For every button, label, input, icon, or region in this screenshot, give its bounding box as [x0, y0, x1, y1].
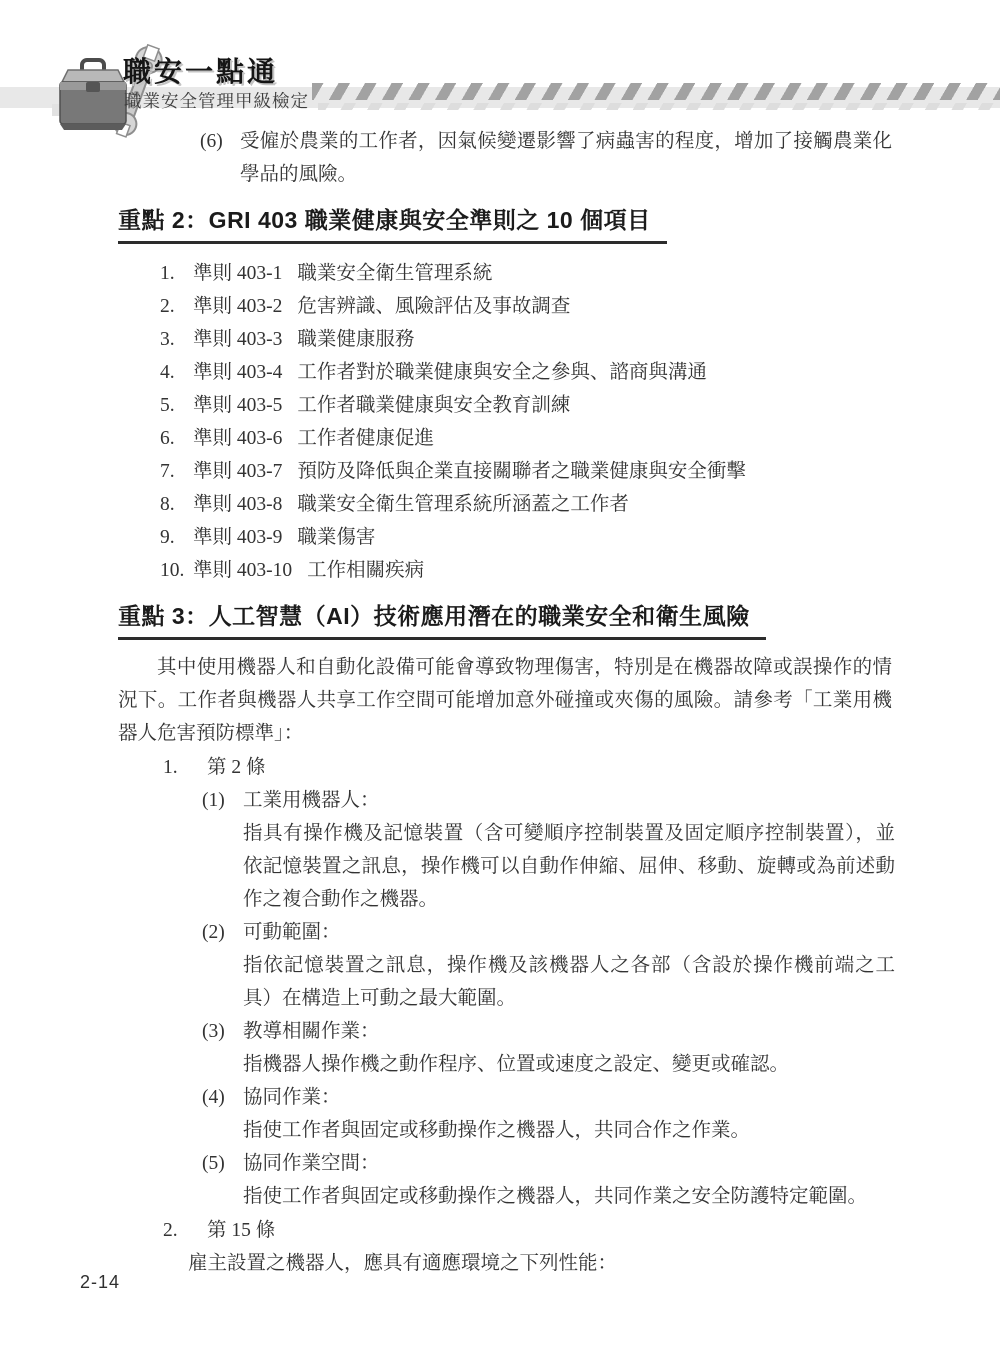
gri-item-desc: 職業安全衛生管理系統	[297, 257, 900, 290]
clause-1-label: (1) 工業用機器人：	[202, 784, 1000, 817]
gri-item-term: 準則 403-6	[193, 422, 282, 455]
gri-item-desc: 工作相關疾病	[307, 554, 900, 587]
clause-5-label: (5) 協同作業空間：	[202, 1147, 1000, 1180]
clause-2-label: (2) 可動範圍：	[202, 916, 1000, 949]
gri-item-desc: 職業傷害	[297, 521, 900, 554]
section-3-heading: 重點 3：人工智慧（AI）技術應用潛在的職業安全和衛生風險	[118, 602, 766, 640]
app-title: 職安一點通	[123, 50, 278, 90]
clause-term: 可動範圍：	[243, 916, 341, 949]
gri-item-row: 2. 準則 403-2 危害辨識、風險評估及事故調查	[160, 290, 900, 323]
gri-item-term: 準則 403-2	[193, 290, 282, 323]
gri-item-term: 準則 403-5	[193, 389, 282, 422]
item-6-text: 受僱於農業的工作者，因氣候變遷影響了病蟲害的程度，增加了接觸農業化學品的風險。	[240, 125, 892, 191]
gri-item-desc: 工作者對於職業健康與安全之參與、諮商與溝通	[297, 356, 900, 389]
gri-item-number: 8.	[160, 488, 193, 521]
diagonal-stripes-decoration	[312, 83, 1000, 111]
section-2-heading: 重點 2：GRI 403 職業健康與安全準則之 10 個項目	[118, 206, 667, 244]
article-2-row: 2. 第 15 條	[163, 1214, 1000, 1247]
article-1-row: 1. 第 2 條	[163, 751, 1000, 784]
clause-3-label: (3) 教導相關作業：	[202, 1015, 1000, 1048]
gri-item-row: 6. 準則 403-6 工作者健康促進	[160, 422, 900, 455]
gri-item-row: 3. 準則 403-3 職業健康服務	[160, 323, 900, 356]
clause-marker: (3)	[202, 1015, 243, 1048]
gri-item-desc: 職業安全衛生管理系統所涵蓋之工作者	[297, 488, 900, 521]
gri-item-number: 10.	[160, 554, 193, 587]
clause-3-desc: 指機器人操作機之動作程序、位置或速度之設定、變更或確認。	[243, 1048, 895, 1081]
gri-item-desc: 危害辨識、風險評估及事故調查	[297, 290, 900, 323]
article-number: 2.	[163, 1214, 207, 1247]
gri-item-term: 準則 403-3	[193, 323, 282, 356]
gri-item-row: 9. 準則 403-9 職業傷害	[160, 521, 900, 554]
gri-item-row: 4. 準則 403-4 工作者對於職業健康與安全之參與、諮商與溝通	[160, 356, 900, 389]
gri-item-desc: 工作者健康促進	[297, 422, 900, 455]
gri-item-desc: 預防及降低與企業直接關聯者之職業健康與安全衝擊	[297, 455, 900, 488]
gri-item-desc: 職業健康服務	[297, 323, 900, 356]
article-title: 第 15 條	[207, 1214, 275, 1247]
gri-item-row: 1. 準則 403-1 職業安全衛生管理系統	[160, 257, 900, 290]
clause-1-desc: 指具有操作機及記憶裝置（含可變順序控制裝置及固定順序控制裝置），並依記憶裝置之訊…	[243, 817, 895, 916]
clause-marker: (1)	[202, 784, 243, 817]
page-content: (6) 受僱於農業的工作者，因氣候變遷影響了病蟲害的程度，增加了接觸農業化學品的…	[0, 125, 1000, 1280]
clause-5-desc: 指使工作者與固定或移動操作之機器人，共同作業之安全防護特定範圍。	[243, 1180, 895, 1213]
clause-term: 教導相關作業：	[243, 1015, 380, 1048]
gri-item-number: 2.	[160, 290, 193, 323]
clause-marker: (2)	[202, 916, 243, 949]
clause-term: 協同作業空間：	[243, 1147, 380, 1180]
article-number: 1.	[163, 751, 207, 784]
article-2-desc: 雇主設置之機器人，應具有適應環境之下列性能：	[188, 1247, 895, 1280]
gri-item-number: 1.	[160, 257, 193, 290]
clause-marker: (5)	[202, 1147, 243, 1180]
clause-2-desc: 指依記憶裝置之訊息，操作機及該機器人之各部（含設於操作機前端之工具）在構造上可動…	[243, 949, 895, 1015]
book-page: 職安一點通 職業安全管理甲級檢定 (6) 受僱於農業的工作者，因氣候變遷影響了病…	[0, 0, 1000, 1357]
gri-item-term: 準則 403-7	[193, 455, 282, 488]
item-6-marker: (6)	[200, 125, 240, 191]
clause-4-label: (4) 協同作業：	[202, 1081, 1000, 1114]
gri-item-row: 5. 準則 403-5 工作者職業健康與安全教育訓練	[160, 389, 900, 422]
gri-item-number: 5.	[160, 389, 193, 422]
gri-item-number: 3.	[160, 323, 193, 356]
clause-marker: (4)	[202, 1081, 243, 1114]
gri-item-row: 10. 準則 403-10 工作相關疾病	[160, 554, 900, 587]
gri-item-number: 9.	[160, 521, 193, 554]
gri-item-desc: 工作者職業健康與安全教育訓練	[297, 389, 900, 422]
gri-item-number: 4.	[160, 356, 193, 389]
gri-item-term: 準則 403-9	[193, 521, 282, 554]
gri-item-row: 8. 準則 403-8 職業安全衛生管理系統所涵蓋之工作者	[160, 488, 900, 521]
clause-term: 協同作業：	[243, 1081, 341, 1114]
article-title: 第 2 條	[207, 751, 266, 784]
page-number: 2-14	[80, 1272, 120, 1293]
gri-item-term: 準則 403-8	[193, 488, 282, 521]
clause-4-desc: 指使工作者與固定或移動操作之機器人，共同合作之作業。	[243, 1114, 895, 1147]
agriculture-risk-item: (6) 受僱於農業的工作者，因氣候變遷影響了病蟲害的程度，增加了接觸農業化學品的…	[200, 125, 892, 191]
gri-item-term: 準則 403-4	[193, 356, 282, 389]
gri-item-number: 7.	[160, 455, 193, 488]
gri-item-term: 準則 403-1	[193, 257, 282, 290]
gri-item-term: 準則 403-10	[193, 554, 292, 587]
app-subtitle: 職業安全管理甲級檢定	[124, 88, 309, 113]
gri-item-number: 6.	[160, 422, 193, 455]
clause-term: 工業用機器人：	[243, 784, 380, 817]
gri-item-row: 7. 準則 403-7 預防及降低與企業直接關聯者之職業健康與安全衝擊	[160, 455, 900, 488]
gri-403-list: 1. 準則 403-1 職業安全衛生管理系統 2. 準則 403-2 危害辨識、…	[160, 257, 900, 587]
section-3-intro: 其中使用機器人和自動化設備可能會導致物理傷害，特別是在機器故障或誤操作的情況下。…	[118, 651, 892, 750]
